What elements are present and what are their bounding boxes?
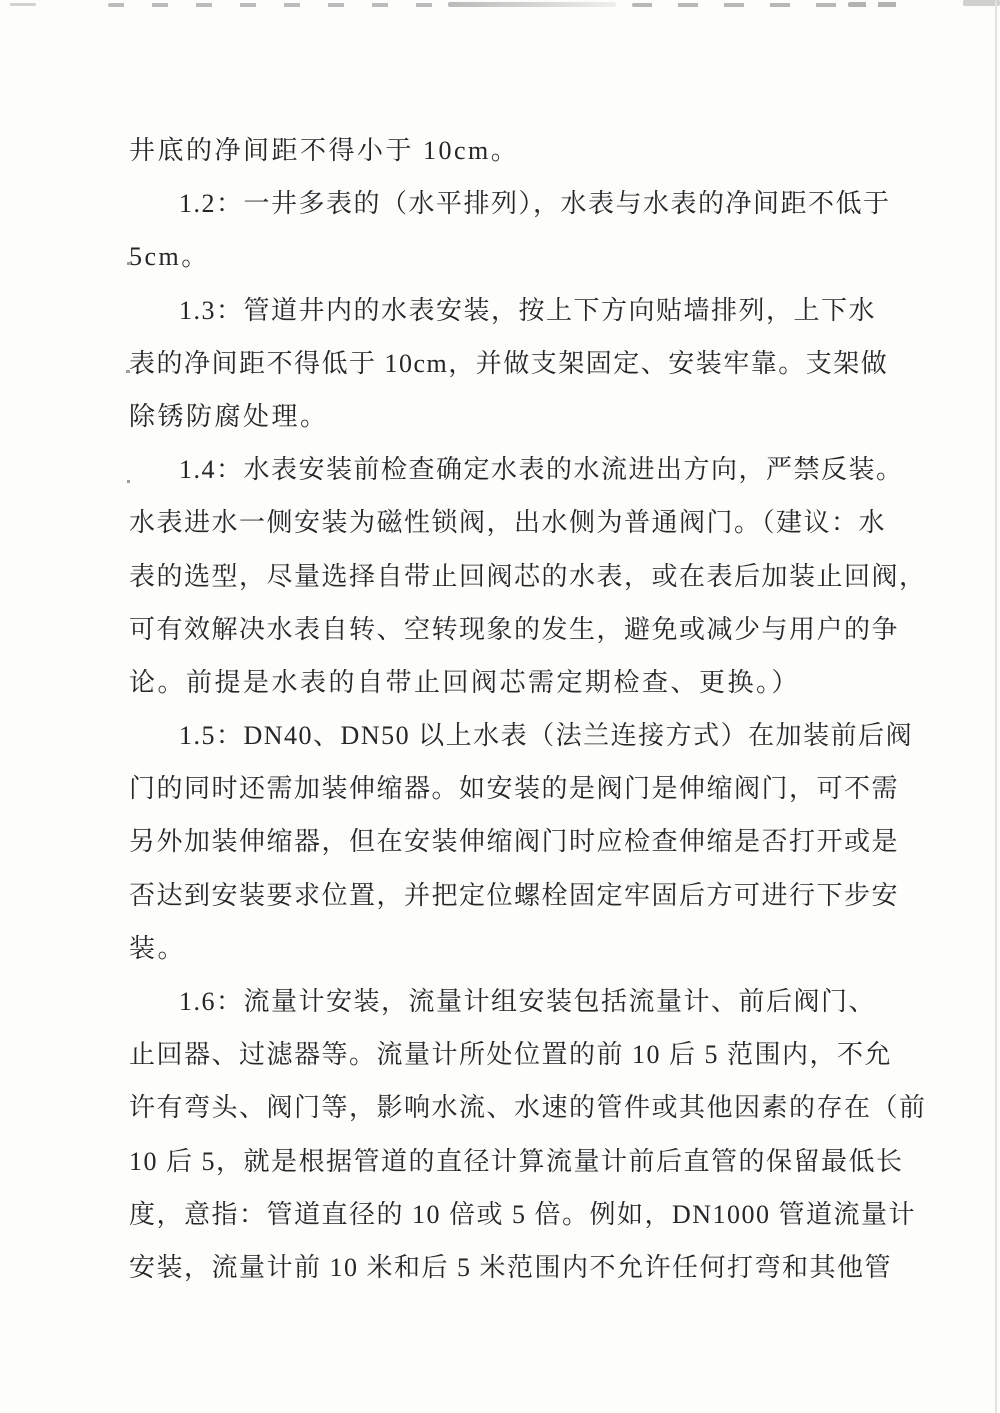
document-body: 井底的净间距不得小于 10cm。1.2：一井多表的（水平排列），水表与水表的净间… — [129, 124, 876, 1294]
text-line: 门的同时还需加装伸缩器。如安装的是阀门是伸缩阀门，可不需 — [129, 762, 876, 815]
text-line: 止回器、过滤器等。流量计所处位置的前 10 后 5 范围内，不允 — [129, 1028, 876, 1081]
text-line: 论。前提是水表的自带止回阀芯需定期检查、更换。） — [129, 656, 876, 709]
scan-artifact-top-edge — [10, 3, 36, 6]
text-line: 表的净间距不得低于 10cm，并做支架固定、安装牢靠。支架做 — [129, 337, 876, 390]
text-line: 10 后 5，就是根据管道的直径计算流量计前后直管的保留最低长 — [129, 1135, 876, 1188]
text-line: 表的选型，尽量选择自带止回阀芯的水表，或在表后加装止回阀， — [129, 550, 876, 603]
scanned-page: 井底的净间距不得小于 10cm。1.2：一井多表的（水平排列），水表与水表的净间… — [0, 0, 1000, 1413]
text-line: 1.5：DN40、DN50 以上水表（法兰连接方式）在加装前后阀 — [129, 709, 876, 762]
text-line: 井底的净间距不得小于 10cm。 — [129, 124, 876, 177]
scan-artifact-top-edge — [848, 2, 906, 7]
scan-artifact-top-edge — [448, 2, 616, 7]
scan-artifact-top-edge — [108, 3, 443, 7]
text-line: 度，意指：管道直径的 10 倍或 5 倍。例如，DN1000 管道流量计 — [129, 1188, 876, 1241]
text-line: 除锈防腐处理。 — [129, 390, 876, 443]
text-line: 可有效解决水表自转、空转现象的发生，避免或减少与用户的争 — [129, 603, 876, 656]
text-line: 1.4：水表安装前检查确定水表的水流进出方向，严禁反装。 — [129, 443, 876, 496]
text-line: 1.2：一井多表的（水平排列），水表与水表的净间距不低于 — [129, 177, 876, 230]
text-line: 另外加装伸缩器，但在安装伸缩阀门时应检查伸缩是否打开或是 — [129, 815, 876, 868]
text-line: 1.3：管道井内的水表安装，按上下方向贴墙排列，上下水 — [129, 284, 876, 337]
scan-artifact-top-edge — [632, 3, 837, 7]
text-line: 否达到安装要求位置，并把定位螺栓固定牢固后方可进行下步安 — [129, 869, 876, 922]
text-line: 许有弯头、阀门等，影响水流、水速的管件或其他因素的存在（前 — [129, 1081, 876, 1134]
text-line: 5cm。 — [129, 230, 876, 283]
text-line: 安装，流量计前 10 米和后 5 米范围内不允许任何打弯和其他管 — [129, 1241, 876, 1294]
text-line: 1.6：流量计安装，流量计组安装包括流量计、前后阀门、 — [129, 975, 876, 1028]
text-line: 水表进水一侧安装为磁性锁阀，出水侧为普通阀门。（建议：水 — [129, 496, 876, 549]
scan-artifact-right-edge — [995, 0, 997, 1413]
text-line: 装。 — [129, 922, 876, 975]
